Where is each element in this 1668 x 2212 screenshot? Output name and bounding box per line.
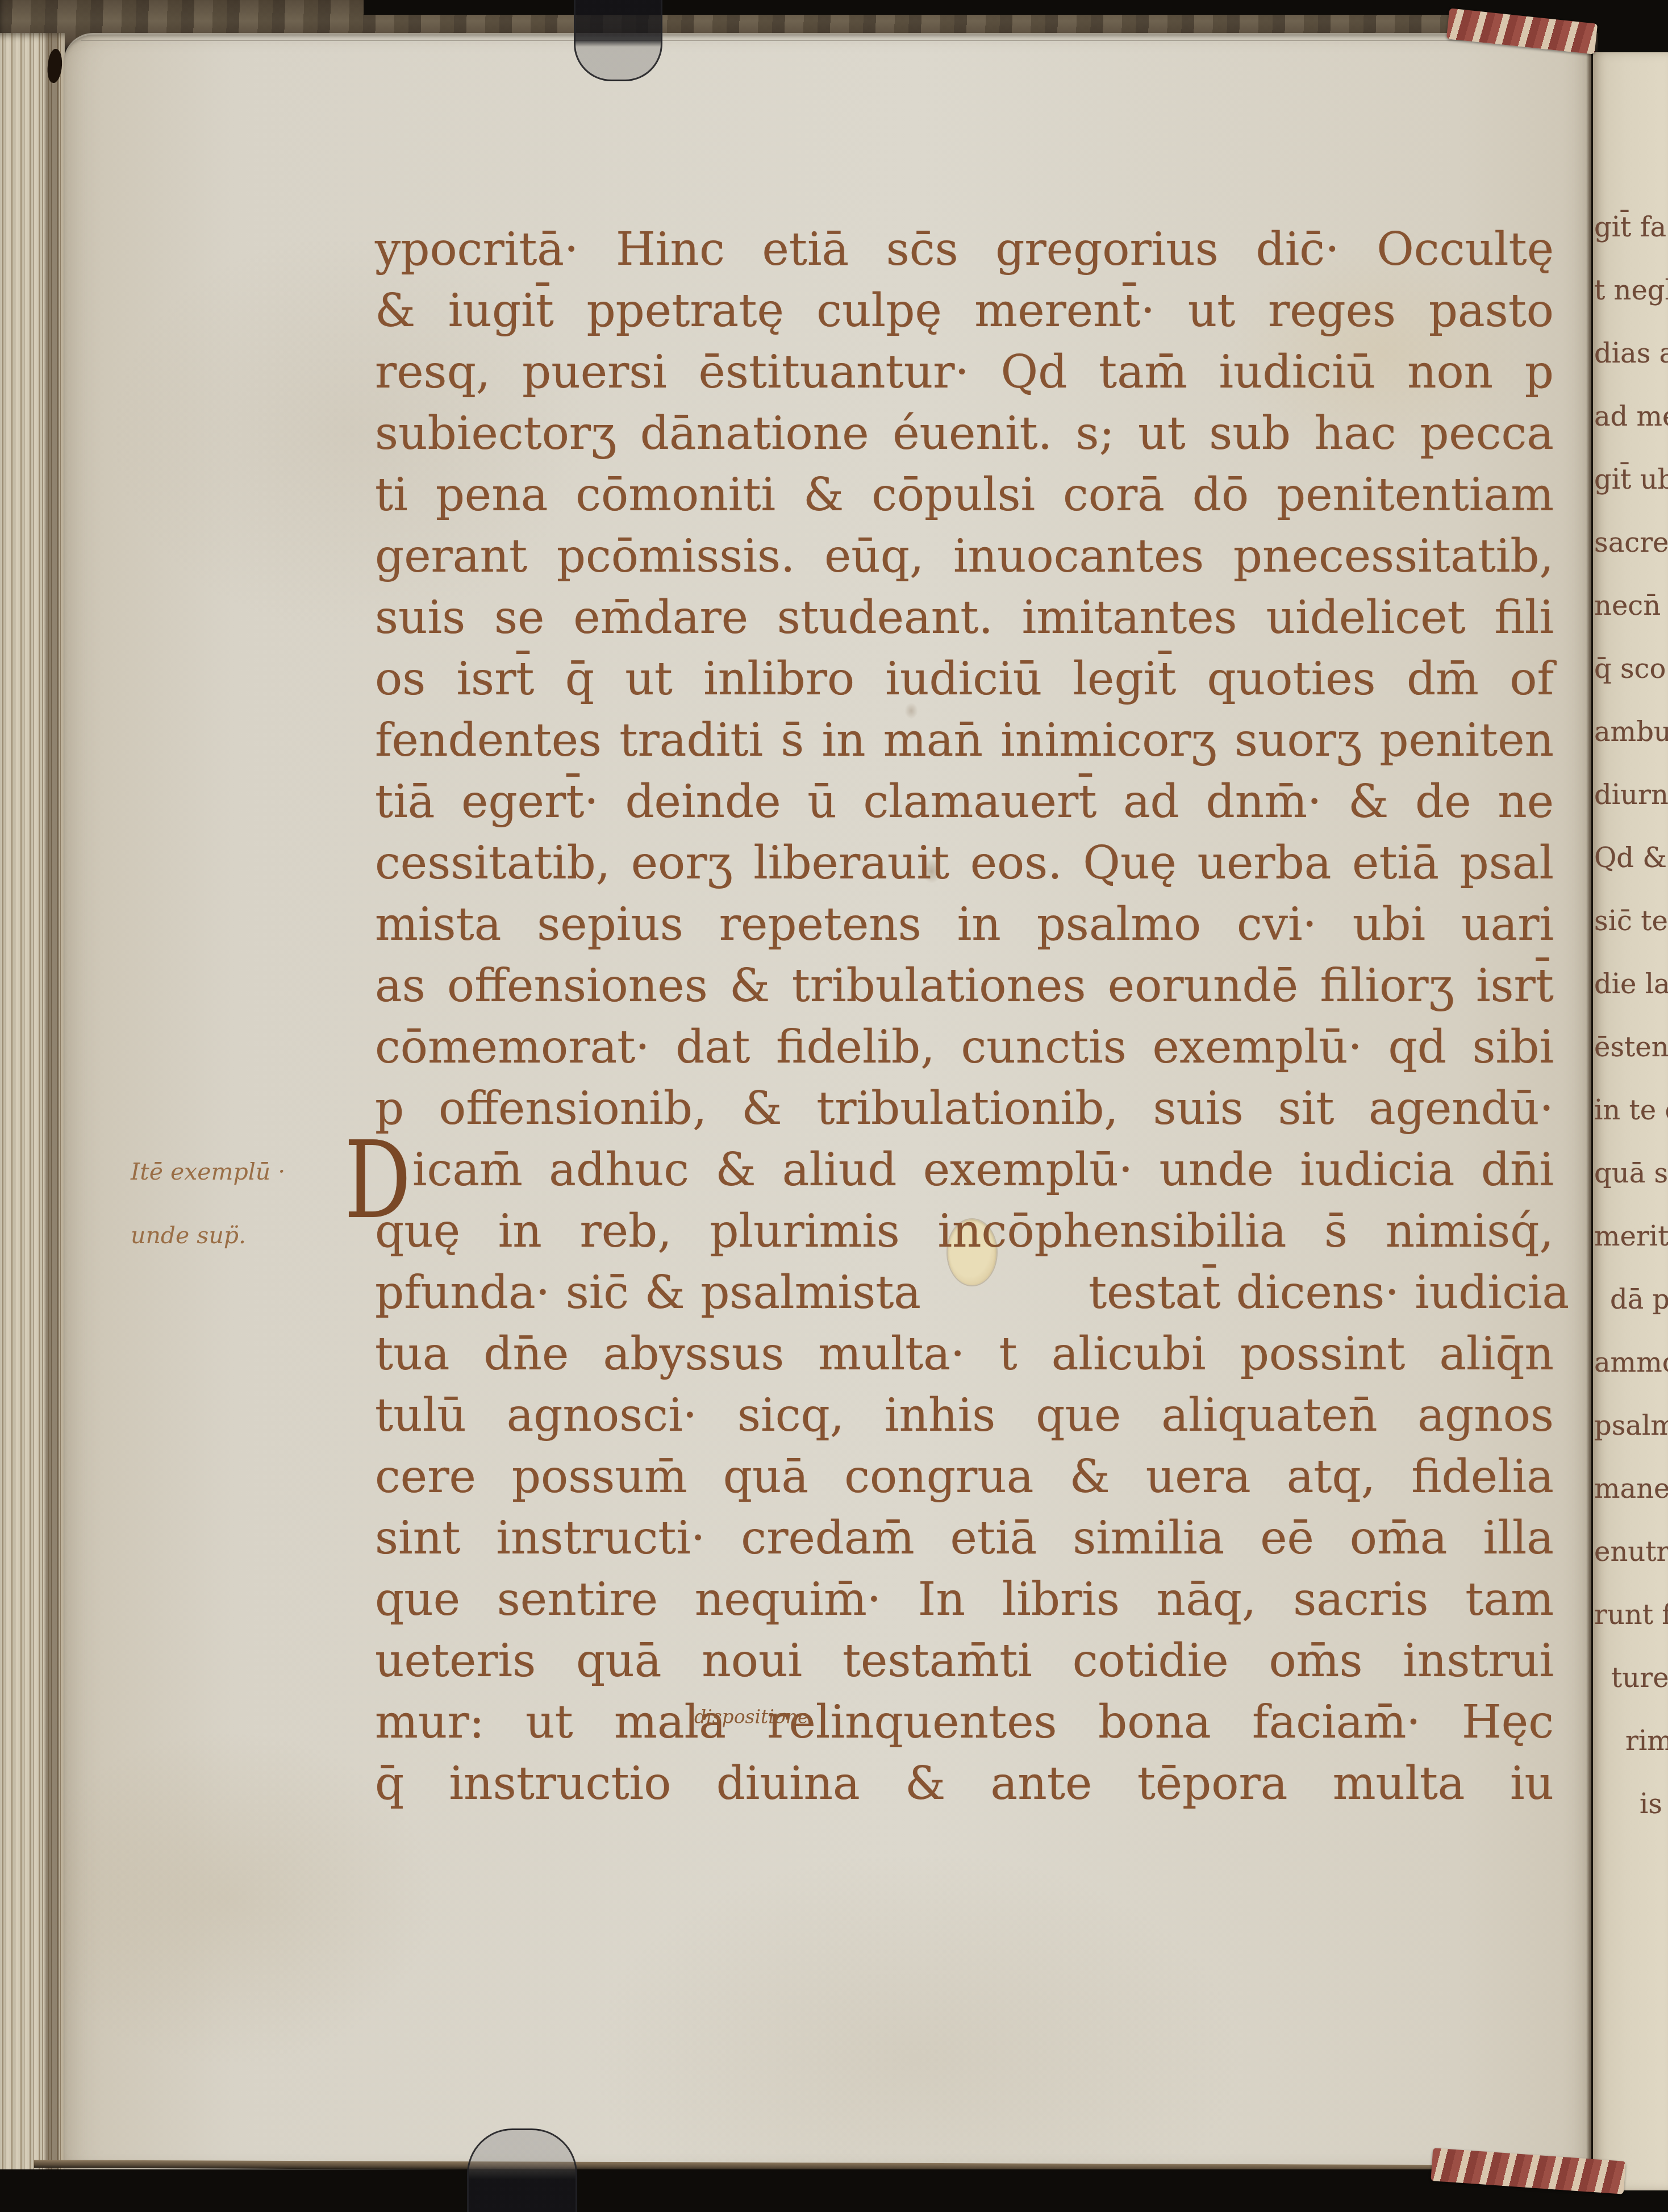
manuscript-photo: ypocritā· Hinc etiā sc̄s gregorius dic̄·… [0, 0, 1668, 2212]
facing-page-fragment: dias a [1594, 322, 1668, 385]
text-line: p offensionib, & tribulationib, suis sit… [375, 1078, 1554, 1139]
interlinear-gloss: dispositione [694, 1706, 809, 1728]
text-line: os isrt̄ q̄ ut inlibro iudiciū legit̄ qu… [375, 648, 1554, 710]
top-page-clip [574, 0, 662, 81]
facing-page-fragment: manere u [1594, 1457, 1668, 1521]
text-line: cōmemorat· dat fidelib, cunctis exemplū·… [375, 1017, 1554, 1078]
text-line: subiectorʒ dānatione éuenit. s; ut sub h… [375, 403, 1554, 464]
facing-page-fragment: diurnas [1594, 764, 1668, 827]
facing-page-fragment: git̄ ubi [1594, 448, 1668, 511]
facing-page-fragment: dā pscu [1594, 1268, 1668, 1331]
text-line: resq, puersi ēstituantur· Qd tam̄ iudici… [375, 341, 1554, 403]
text-line: ti pena cōmoniti & cōpulsi corā dō penit… [375, 464, 1554, 526]
facing-page-fragment: quā sci e [1594, 1142, 1668, 1205]
facing-page-fragment: ambula [1594, 701, 1668, 764]
facing-page-fragment: in te dn̄e [1594, 1079, 1668, 1142]
text-line: ueteris quā noui testam̄ti cotidie om̄s … [375, 1630, 1554, 1692]
text-line: sint instructi· credam̄ etiā similia eē … [375, 1507, 1554, 1569]
facing-page-fragment: ammonit [1594, 1331, 1668, 1394]
margin-note-line: Itē exemplū · [131, 1140, 358, 1203]
facing-page-fragment: ad mel [1594, 385, 1668, 448]
facing-page-text: git̄ fat negldias aad melgit̄ ubisacre l… [1594, 196, 1668, 1844]
facing-page-fragment: Qd & ips [1594, 827, 1668, 890]
text-line: mista sepius repetens in psalmo cvi· ubi… [375, 894, 1554, 955]
text-line: que sentire nequim̄· In libris nāq, sacr… [375, 1569, 1554, 1630]
main-text-block: ypocritā· Hinc etiā sc̄s gregorius dic̄·… [375, 219, 1554, 1814]
text-line: mur: ut mala relinquentes bona faciam̄· … [375, 1692, 1554, 1753]
facing-page-fragment: psalmorʒ l [1594, 1394, 1668, 1457]
facing-page-fragment: enutriti p [1594, 1521, 1668, 1584]
facing-page-fragment: merito sc [1594, 1205, 1668, 1268]
facing-page-fragment: sacre li [1594, 511, 1668, 574]
text-line: q̄ instructio diuina & ante tēpora multa… [375, 1753, 1554, 1814]
text-line: suis se em̄dare studeant. imitantes uide… [375, 587, 1554, 648]
facing-page-fragment: necn̄ sci [1594, 574, 1668, 638]
text-line: fendentes traditi s̄ in man̄ inimicorʒ s… [375, 710, 1554, 771]
text-line: quę in reb, plurimis incōphensibilia s̄ … [375, 1201, 1554, 1262]
text-line: & iugit̄ ppetratę culpę merent̄· ut rege… [375, 280, 1554, 341]
text-line: cessitatib, eorʒ liberauit eos. Quę uerb… [375, 832, 1554, 894]
facing-page-fragment: runt facili [1594, 1584, 1668, 1647]
facing-page-fragment: die laud [1594, 953, 1668, 1016]
facing-page-fragment: is leus le [1594, 1773, 1668, 1836]
facing-page-fragment: sic̄ tecte [1594, 890, 1668, 953]
facing-page-fragment: git̄ fa [1594, 196, 1668, 259]
gutter-shadow [1586, 33, 1593, 2186]
text-line: gerant pcōmissis. eūq, inuocantes pneces… [375, 526, 1554, 587]
page-stack-fore-edge [0, 33, 65, 2169]
text-line: tiā egert̄· deinde ū clamauert̄ ad dnm̄·… [375, 771, 1554, 832]
margin-note-line: unde sup̈. [131, 1203, 358, 1267]
facing-page-fragment: q̄ sco spi [1594, 638, 1668, 701]
text-line: icam̄ adhuc & aliud exemplū· unde iudici… [375, 1139, 1554, 1201]
text-line: as offensiones & tribulationes eorundē f… [375, 955, 1554, 1017]
facing-page-fragment: rima scōrʒ p [1594, 1710, 1668, 1773]
margin-note: Itē exemplū · unde sup̈. [131, 1140, 358, 1267]
facing-page-fragment: t negl [1594, 259, 1668, 322]
text-line: cere possum̄ quā congrua & uera atq, fid… [375, 1446, 1554, 1507]
text-line: tulū agnosci· sicq, inhis que aliquaten̄… [375, 1385, 1554, 1446]
background-bottom [0, 2169, 1668, 2212]
facing-page-fragment: ēstendū [1594, 1016, 1668, 1079]
facing-page-fragment: ture sacre [1594, 1647, 1668, 1710]
text-line: pfunda· sic̄ & psalmista testat̄ dicens·… [375, 1262, 1554, 1323]
text-line: tua dn̄e abyssus multa· t alicubi possin… [375, 1323, 1554, 1385]
bottom-page-clip [467, 2128, 577, 2212]
text-line: ypocritā· Hinc etiā sc̄s gregorius dic̄·… [375, 219, 1554, 280]
